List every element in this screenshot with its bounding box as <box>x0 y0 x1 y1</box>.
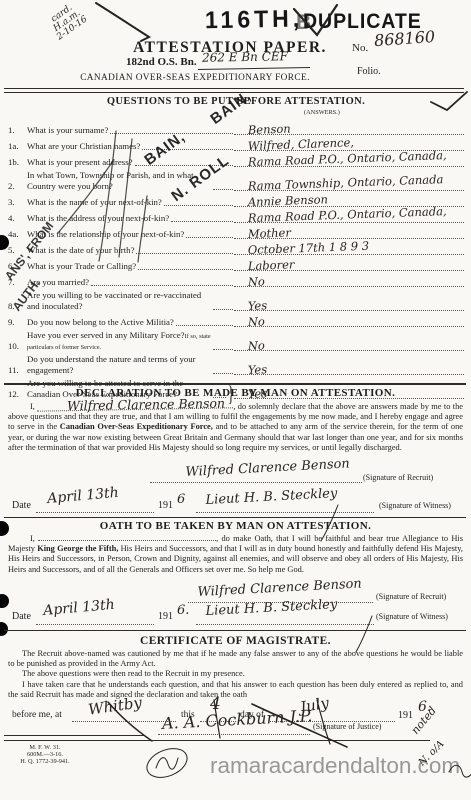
attestation-paper-scan: card. H.a.m. 2-10-16 116TH, B DUPLICATE … <box>0 0 471 800</box>
ink-strokes-svg <box>0 0 471 800</box>
